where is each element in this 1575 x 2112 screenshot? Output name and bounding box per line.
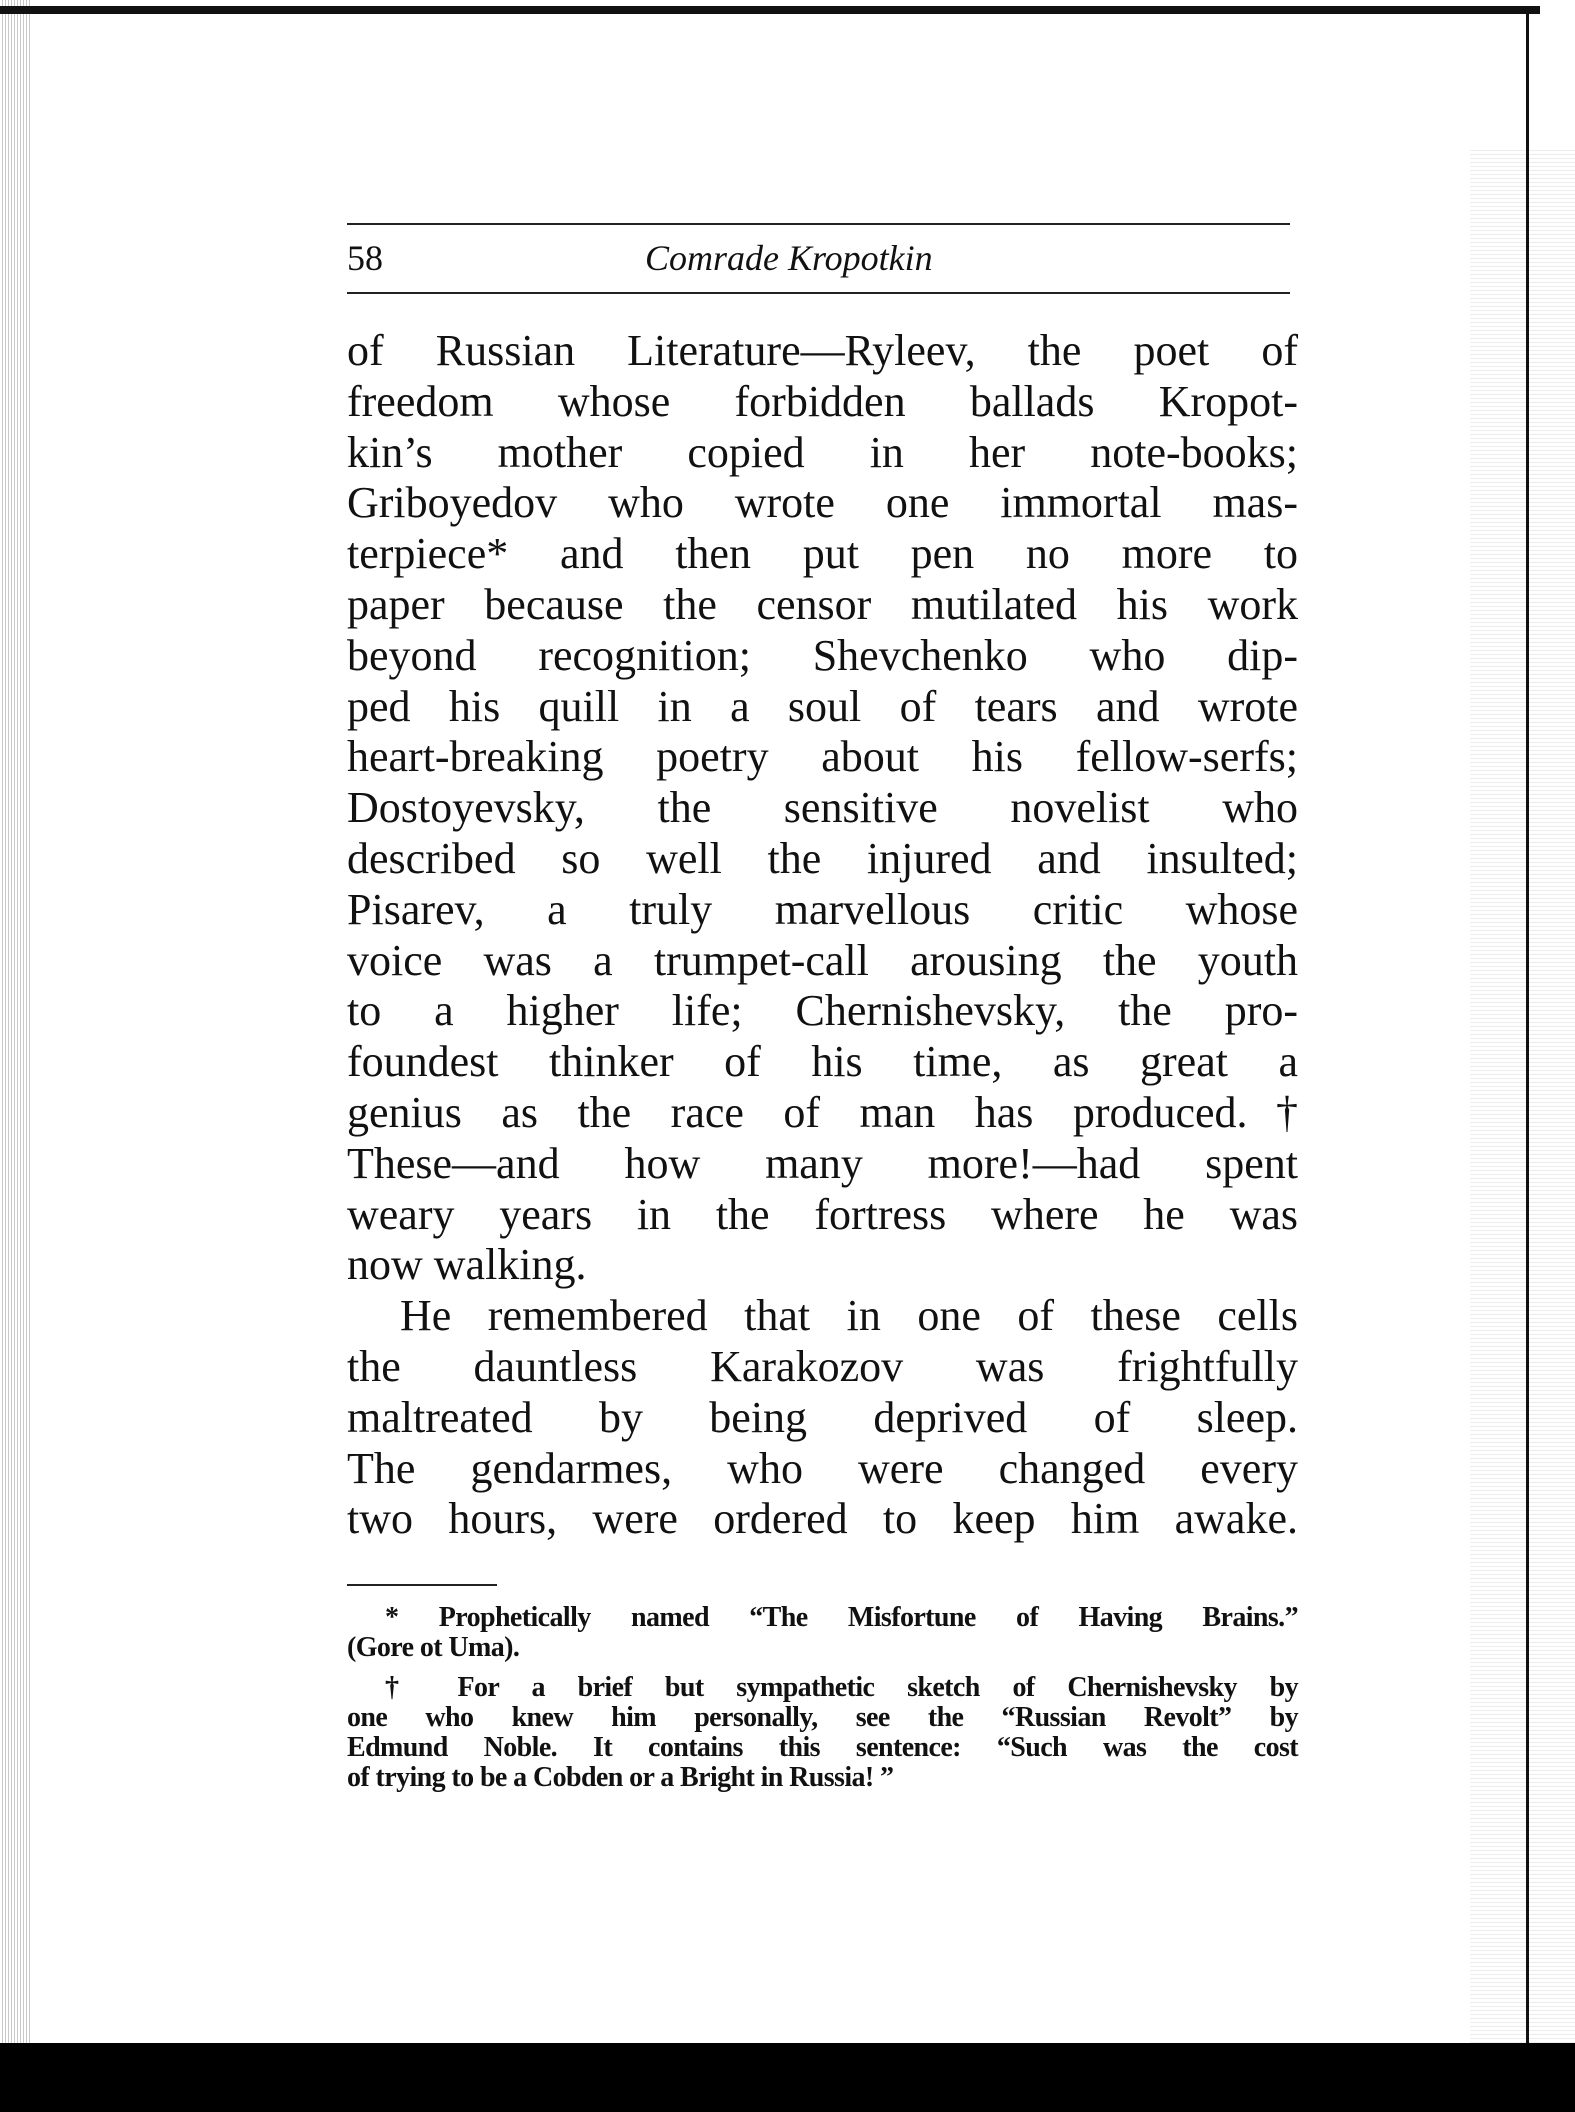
footnote-line: † For a brief but sympathetic sketch of …	[347, 1673, 1298, 1703]
text-line: terpiece* and then put pen no more to	[347, 529, 1298, 580]
footnote-asterisk: * Prophetically named “The Misfortune of…	[347, 1603, 1298, 1663]
text-line: freedom whose forbidden ballads Kropot-	[347, 377, 1298, 428]
running-title: Comrade Kropotkin	[645, 236, 933, 280]
text-line: paper because the censor mutilated his w…	[347, 580, 1298, 631]
text-line: to a higher life; Chernishevsky, the pro…	[347, 986, 1298, 1037]
header-rule-top	[347, 223, 1290, 225]
footnote-line: (Gore ot Uma).	[347, 1633, 1298, 1663]
header-rule-bottom	[347, 292, 1290, 294]
footnote-rule	[347, 1584, 497, 1586]
footnote-dagger: † For a brief but sympathetic sketch of …	[347, 1673, 1298, 1793]
text-line: two hours, were ordered to keep him awak…	[347, 1494, 1298, 1545]
footnote-line: one who knew him personally, see the “Ru…	[347, 1703, 1298, 1733]
text-line: Griboyedov who wrote one immortal mas-	[347, 478, 1298, 529]
footnote-line: of trying to be a Cobden or a Bright in …	[347, 1763, 1298, 1793]
text-line: The gendarmes, who were changed every	[347, 1444, 1298, 1495]
text-line: He remembered that in one of these cells	[347, 1291, 1298, 1342]
text-line: genius as the race of man has produced.†	[347, 1088, 1298, 1139]
page-number: 58	[347, 236, 383, 280]
scan-bottom-border	[0, 2043, 1575, 2112]
footnotes: * Prophetically named “The Misfortune of…	[347, 1603, 1298, 1793]
text-line: Pisarev, a truly marvellous critic whose	[347, 885, 1298, 936]
text-line: maltreated by being deprived of sleep.	[347, 1393, 1298, 1444]
text-line: ped his quill in a soul of tears and wro…	[347, 682, 1298, 733]
footnote-line: * Prophetically named “The Misfortune of…	[347, 1603, 1298, 1633]
text-line: the dauntless Karakozov was frightfully	[347, 1342, 1298, 1393]
footnote-line: Edmund Noble. It contains this sentence:…	[347, 1733, 1298, 1763]
text-line: now walking.	[347, 1240, 1298, 1291]
text-line: Dostoyevsky, the sensitive novelist who	[347, 783, 1298, 834]
text-line: voice was a trumpet-call arousing the yo…	[347, 936, 1298, 987]
page-gutter-shadow	[0, 0, 30, 2050]
text-line: beyond recognition; Shevchenko who dip-	[347, 631, 1298, 682]
scan-top-border	[0, 6, 1540, 14]
text-line: described so well the injured and insult…	[347, 834, 1298, 885]
text-line: kin’s mother copied in her note-books;	[347, 428, 1298, 479]
page-edge-shadow	[1470, 150, 1575, 2050]
text-line: weary years in the fortress where he was	[347, 1190, 1298, 1241]
text-line: heart-breaking poetry about his fellow-s…	[347, 732, 1298, 783]
scan-right-border	[1526, 14, 1529, 2049]
body-text: of Russian Literature—Ryleev, the poet o…	[347, 326, 1298, 1545]
text-line: foundest thinker of his time, as great a	[347, 1037, 1298, 1088]
text-line: These—and how many more!—had spent	[347, 1139, 1298, 1190]
text-line: of Russian Literature—Ryleev, the poet o…	[347, 326, 1298, 377]
